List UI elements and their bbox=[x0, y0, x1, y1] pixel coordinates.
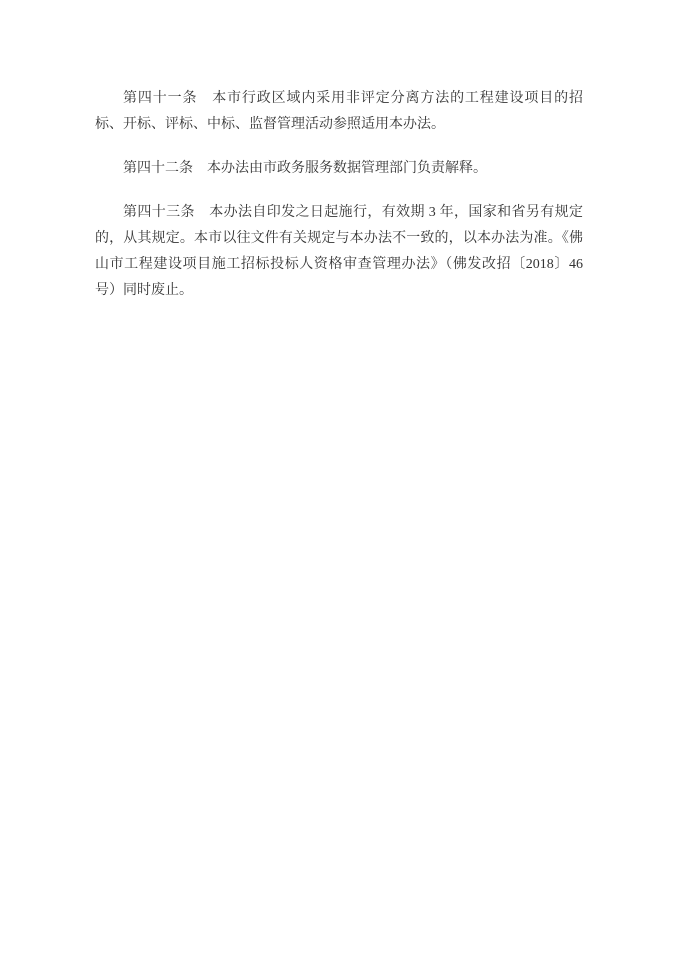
paragraph-article-41: 第四十一条 本市行政区域内采用非评定分离方法的工程建设项目的招标、开标、评标、中… bbox=[95, 86, 583, 138]
document-body: 第四十一条 本市行政区域内采用非评定分离方法的工程建设项目的招标、开标、评标、中… bbox=[95, 86, 583, 322]
document-page: 第四十一条 本市行政区域内采用非评定分离方法的工程建设项目的招标、开标、评标、中… bbox=[0, 0, 680, 962]
paragraph-article-42: 第四十二条 本办法由市政务服务数据管理部门负责解释。 bbox=[95, 156, 583, 182]
paragraph-article-43: 第四十三条 本办法自印发之日起施行，有效期 3 年，国家和省另有规定的，从其规定… bbox=[95, 200, 583, 304]
